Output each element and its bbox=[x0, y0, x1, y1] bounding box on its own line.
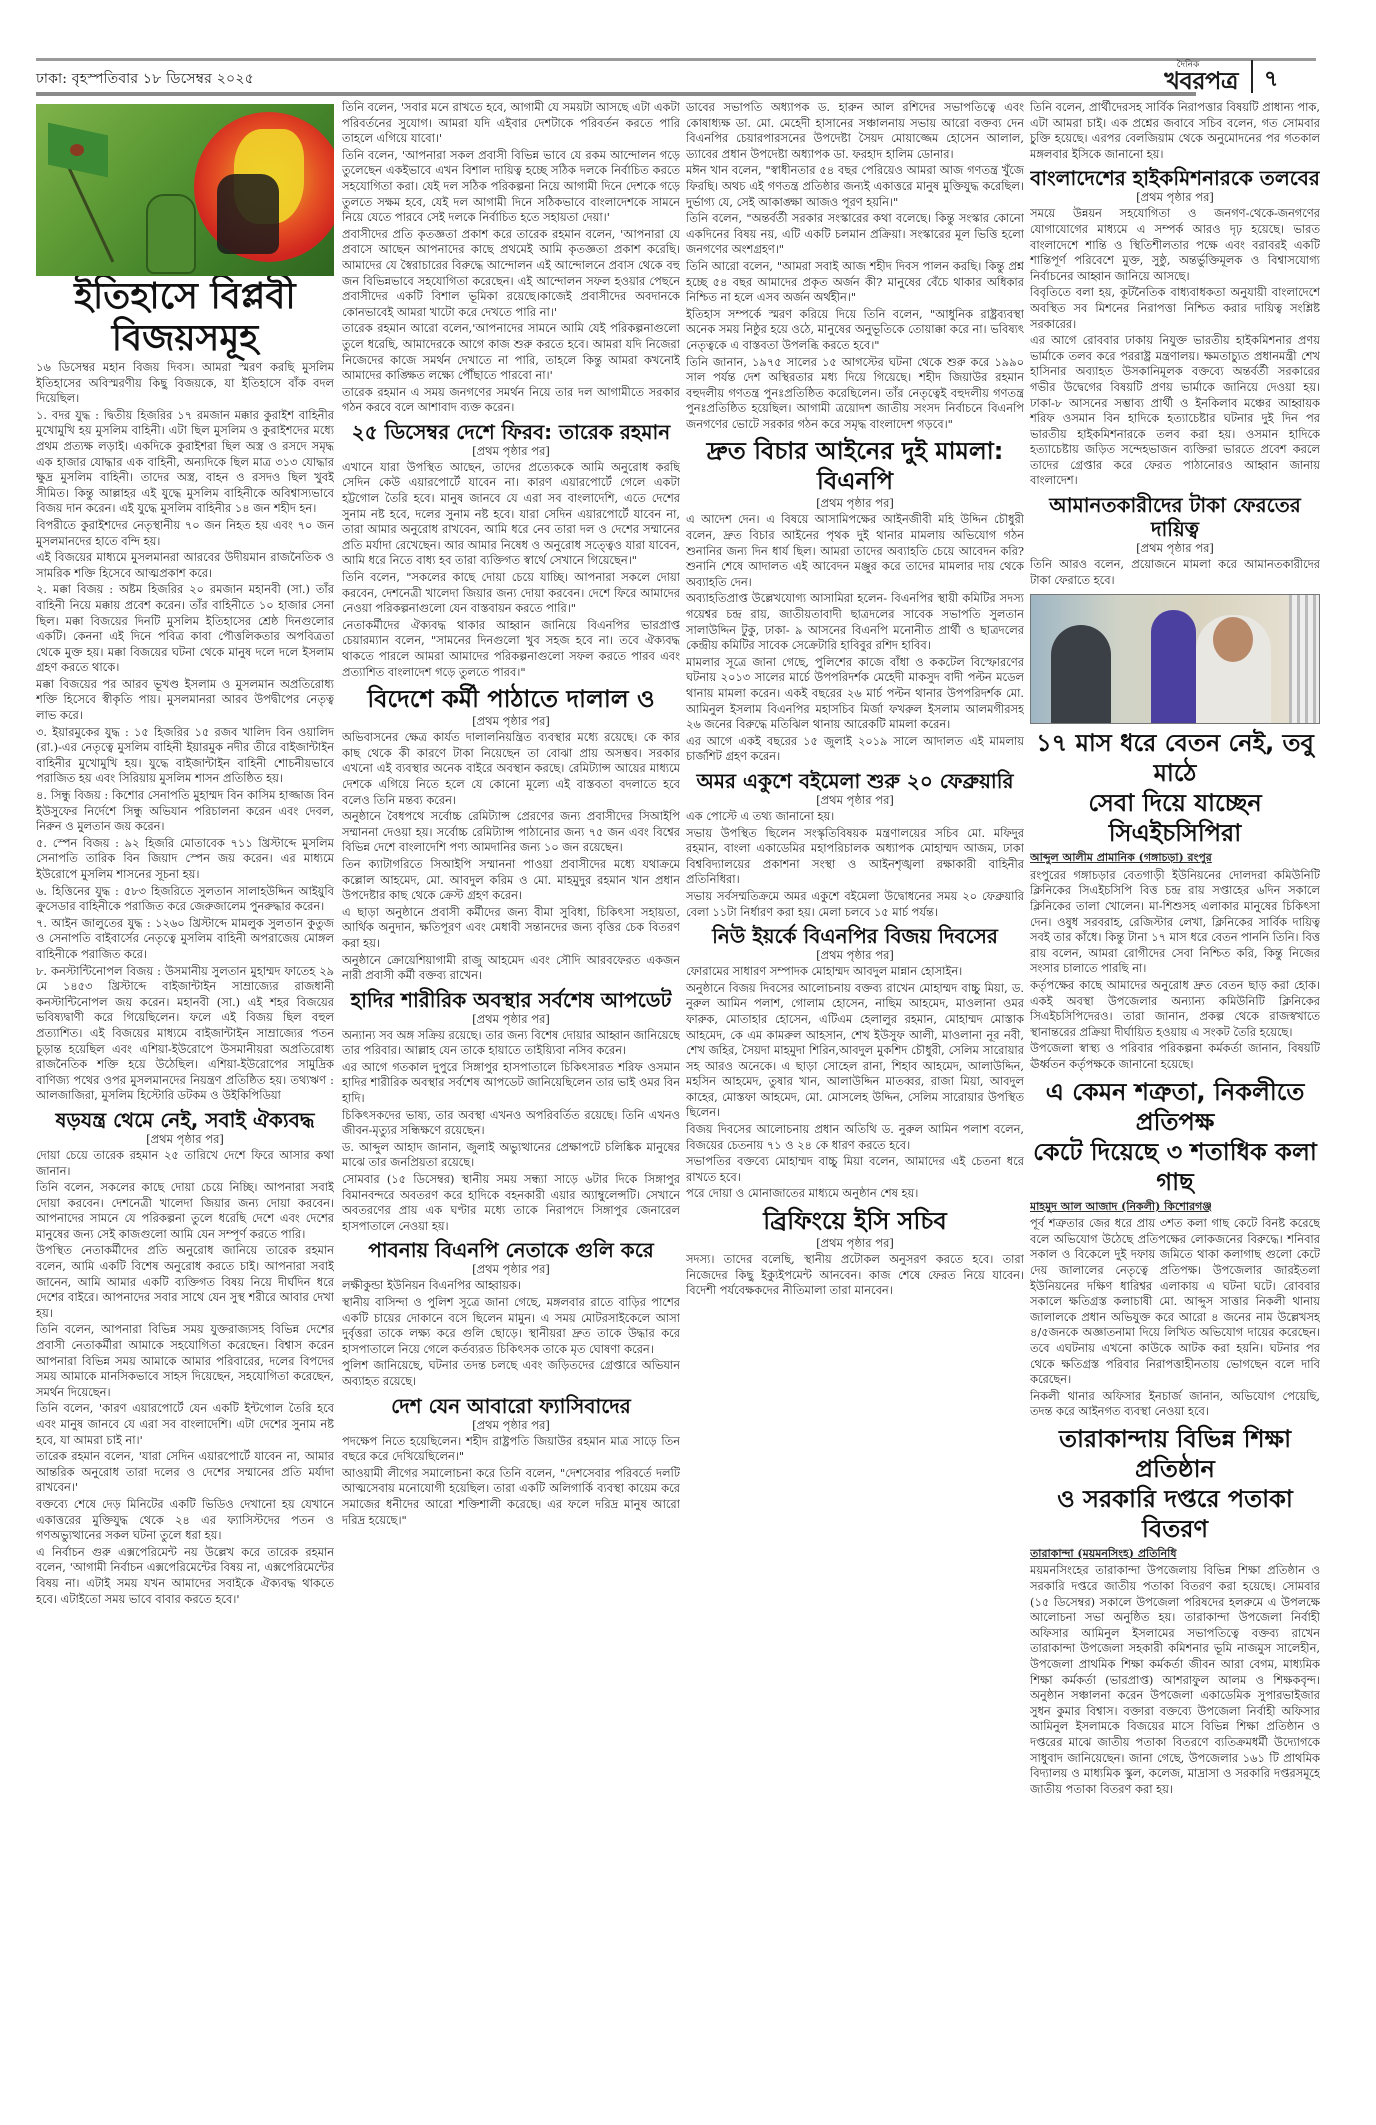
feature-headline-line2: বিজয়সমূহ bbox=[36, 318, 334, 360]
paragraph: ড. আব্দুল আহাদ জানান, জুলাই অভ্যুত্থানের… bbox=[342, 1140, 680, 1171]
column-3: ডাবের সভাপতি অধ্যাপক ড. হারুন আল রশিদের … bbox=[686, 100, 1024, 2060]
paragraph: সভায় উপস্থিত ছিলেন সংস্কৃতিবিষয়ক মন্ত্… bbox=[686, 826, 1024, 888]
headline-banana-trees: এ কেমন শত্রুতা, নিকলীতে প্রতিপক্ষ কেটে দ… bbox=[1030, 1077, 1320, 1197]
paragraph: তিনি জানান, ১৯৭৫ সালের ১৫ আগস্টের ঘটনা থ… bbox=[686, 355, 1024, 433]
newspaper-page: ঢাকা: বৃহস্পতিবার ১৮ ডিসেম্বর ২০২৫ দৈনিক… bbox=[36, 0, 1316, 2060]
paragraph: ১৬ ডিসেম্বর মহান বিজয় দিবস। আমরা স্মরণ … bbox=[36, 360, 334, 407]
headline-line2: কেটে দিয়েছে ৩ শতাধিক কলা গাছ bbox=[1033, 1138, 1317, 1196]
paragraph: সময়ে উন্নয়ন সহযোগিতা ও জনগণ-থেকে-জনগণে… bbox=[1030, 206, 1320, 284]
paragraph: মক্কা বিজয়ের পর আরব ভূখণ্ড ইসলাম ও মুসল… bbox=[36, 677, 334, 724]
paragraph: তিনি বলেন, প্রার্থীদেরসহ সার্বিক নিরাপত্… bbox=[1030, 100, 1320, 162]
headline-line1: তারাকান্দায় বিভিন্ন শিক্ষা প্রতিষ্ঠান bbox=[1059, 1425, 1291, 1483]
headline-conspiracy: ষড়যন্ত্র থেমে নেই, সবাই ঐক্যবদ্ধ bbox=[36, 1108, 334, 1132]
paragraph: সদস্য। তাদের বলেছি, স্থানীয় প্রটোকল অনু… bbox=[686, 1252, 1024, 1299]
headline-pabna-shooting: পাবনায় বিএনপি নেতাকে গুলি করে bbox=[342, 1238, 680, 1262]
article-body: এক পোস্টে এ তথ্য জানানো হয়। সভায় উপস্থ… bbox=[686, 809, 1024, 920]
paragraph: প্রবাসীদের প্রতি কৃতজ্ঞতা প্রকাশ করে তার… bbox=[342, 227, 680, 321]
header-rule bbox=[36, 92, 1196, 96]
byline: তারাকান্দা (ময়মনসিংহ) প্রতিনিধি bbox=[1030, 1546, 1320, 1562]
column-4: তিনি বলেন, প্রার্থীদেরসহ সার্বিক নিরাপত্… bbox=[1030, 100, 1320, 2060]
column-2: তিনি বলেন, 'সবার মনে রাখতে হবে, আগামী যে… bbox=[342, 100, 680, 2060]
continued-label: [প্রথম পৃষ্ঠার পর] bbox=[342, 1418, 680, 1432]
paragraph: বক্তব্যে শেষে দেড় মিনিটের একটি ভিডিও দে… bbox=[36, 1497, 334, 1544]
person-head-shape bbox=[1213, 617, 1253, 662]
paragraph: ২. মক্কা বিজয় : অষ্টম হিজরির ২০ রমজান ম… bbox=[36, 582, 334, 676]
paragraph: বিজয় দিবসের আলোচনায় প্রধান অতিথি ড. নু… bbox=[686, 1122, 1024, 1153]
continued-label: [প্রথম পৃষ্ঠার পর] bbox=[342, 1012, 680, 1026]
headline-line1: এ কেমন শত্রুতা, নিকলীতে প্রতিপক্ষ bbox=[1046, 1078, 1305, 1136]
continued-label: [প্রথম পৃষ্ঠার পর] bbox=[342, 1262, 680, 1276]
continued-label: [প্রথম পৃষ্ঠার পর] bbox=[686, 793, 1024, 807]
continued-label: [প্রথম পৃষ্ঠার পর] bbox=[686, 948, 1024, 962]
paragraph: অভিবাসনের ক্ষেত্র কার্যত দালালনিয়ন্ত্রি… bbox=[342, 730, 680, 808]
masthead-name: খবরপত্র bbox=[1164, 67, 1238, 95]
paragraph: অনুষ্ঠানে বৈধপথে সর্বোচ্চ রেমিট্যান্স প্… bbox=[342, 809, 680, 856]
paragraph: তিনি বলেন, 'সবার মনে রাখতে হবে, আগামী যে… bbox=[342, 100, 680, 147]
headline-hadi-update: হাদির শারীরিক অবস্থার সর্বশেষ আপডেট bbox=[342, 988, 680, 1012]
paragraph: ৩. ইয়ারমুকের যুদ্ধ : ১৫ হিজরির ১৫ রজব খ… bbox=[36, 725, 334, 787]
article-body: রংপুরের গঙ্গাচড়ার বেতগাড়ী ইউনিয়নের দো… bbox=[1030, 868, 1320, 1073]
article-body: এখানে যারা উপস্থিত আছেন, তাদের প্রত্যেকক… bbox=[342, 460, 680, 680]
paragraph: ফোরামের সাধারণ সম্পাদক মোহাম্মদ আবদুল মা… bbox=[686, 964, 1024, 980]
paragraph: মামলার সূত্রে জানা গেছে, পুলিশের কাজে বা… bbox=[686, 655, 1024, 733]
paragraph: ৪. সিন্ধু বিজয় : কিশোর সেনাপতি মুহাম্মদ… bbox=[36, 788, 334, 835]
paragraph: ময়মনসিংহের তারাকান্দা উপজেলায় বিভিন্ন … bbox=[1030, 1563, 1320, 1797]
paragraph: তিনি বলেন, "অন্তর্বর্তী সরকার সংস্কারের … bbox=[686, 211, 1024, 258]
continued-label: [প্রথম পৃষ্ঠার পর] bbox=[1030, 190, 1320, 204]
page-number: ৭ bbox=[1264, 62, 1278, 99]
raised-fist-icon bbox=[217, 174, 279, 254]
headline-return-dec25: ২৫ ডিসেম্বর দেশে ফিরব: তারেক রহমান bbox=[342, 420, 680, 444]
paragraph: এক পোস্টে এ তথ্য জানানো হয়। bbox=[686, 809, 1024, 825]
paragraph: স্থানীয় বাসিন্দা ও পুলিশ সূত্রে জানা গে… bbox=[342, 1295, 680, 1357]
headline-line2: সেবা দিয়ে যাচ্ছেন সিএইচসিপিরা bbox=[1088, 789, 1261, 847]
continued-label: [প্রথম পৃষ্ঠার পর] bbox=[1030, 541, 1320, 555]
window-grille-shape bbox=[1289, 595, 1319, 724]
paragraph: তারেক রহমান আরো বলেন,'আপনাদের সামনে আমি … bbox=[342, 321, 680, 383]
paragraph: উপজেলা স্বাস্থ্য ও পরিবার পরিকল্পনা কর্ম… bbox=[1030, 1041, 1320, 1072]
feature-article-body: ১৬ ডিসেম্বর মহান বিজয় দিবস। আমরা স্মরণ … bbox=[36, 360, 334, 1104]
clinic-photo bbox=[1030, 594, 1320, 724]
article-body: অন্যান্য সব অঙ্গ সক্রিয় রয়েছে। তার জন্… bbox=[342, 1028, 680, 1235]
flag-emblem bbox=[70, 144, 84, 156]
paragraph: ৮. কনস্টান্টিনোপল বিজয় : উসমানীয় সুলতা… bbox=[36, 964, 334, 1104]
paragraph: অনুষ্ঠানে ক্রোয়েশিয়াগামী রাজু আহমেদ এব… bbox=[342, 953, 680, 984]
paragraph: ৬. হিত্তিনের যুদ্ধ : ৫৮৩ হিজরিতে সুলতান … bbox=[36, 884, 334, 915]
feature-headline-line1: ইতিহাসে বিপ্লবী bbox=[36, 276, 334, 318]
headline-speedy-trial: দ্রুত বিচার আইনের দুই মামলা: বিএনপি bbox=[686, 436, 1024, 496]
paragraph: ৭. আইন জালুতের যুদ্ধ : ১২৬০ খ্রিস্টাব্দে… bbox=[36, 916, 334, 963]
paragraph: তিনি বলেন, "সকলের কাছে দোয়া চেয়ে যাচ্ছ… bbox=[342, 570, 680, 617]
paragraph: নিকলী থানার অফিসার ইনচার্জ জানান, অভিযোগ… bbox=[1030, 1389, 1320, 1420]
masthead-logo: দৈনিক খবরপত্র bbox=[1098, 60, 1238, 92]
paragraph: বিপরীতে কুরাইশদের নেতৃস্থানীয় ৭০ জন নিহ… bbox=[36, 518, 334, 549]
paragraph: ডাবের সভাপতি অধ্যাপক ড. হারুন আল রশিদের … bbox=[686, 100, 1024, 162]
article-body: লক্ষীকুন্ডা ইউনিয়ন বিএনপির আহ্বায়ক। স্… bbox=[342, 1278, 680, 1389]
paragraph: তিন ক্যাটাগরিতে সিআইপি সম্মাননা পাওয়া প… bbox=[342, 857, 680, 904]
article-body: তিনি বলেন, 'সবার মনে রাখতে হবে, আগামী যে… bbox=[342, 100, 680, 416]
article-body: ডাবের সভাপতি অধ্যাপক ড. হারুন আল রশিদের … bbox=[686, 100, 1024, 432]
byline: মাহমুদ আল আজাদ (নিকলী) কিশোরগঞ্জ bbox=[1030, 1199, 1320, 1215]
paragraph: পরে দোয়া ও মোনাজাতের মাধ্যমে অনুষ্ঠান শ… bbox=[686, 1186, 1024, 1202]
continued-label: [প্রথম পৃষ্ঠার পর] bbox=[686, 1236, 1024, 1250]
paragraph: তিনি বলেন, 'আপনারা সকল প্রবাসী বিভিন্ন ভ… bbox=[342, 148, 680, 226]
paragraph: এর আগে রোববার ঢাকায় নিযুক্ত ভারতীয় হাই… bbox=[1030, 333, 1320, 489]
article-body: এ আদেশ দেন। এ বিষয়ে আসামিপক্ষের আইনজীবী… bbox=[686, 512, 1024, 765]
paragraph: কর্তৃপক্ষের কাছে আমাদের অনুরোধ দ্রুত বেত… bbox=[1030, 978, 1320, 1040]
paragraph: আওয়ামী লীগের সমালোচনা করে তিনি বলেন, "দ… bbox=[342, 1466, 680, 1528]
paragraph: অনুষ্ঠানে বিজয় দিবসের আলোচনায় বক্তব্য … bbox=[686, 981, 1024, 1121]
headline-migrant-brokers: বিদেশে কর্মী পাঠাতে দালাল ও bbox=[342, 684, 680, 714]
paragraph: এ নির্বাচন গুরু এক্সপেরিমেন্ট নয় উল্লেখ… bbox=[36, 1545, 334, 1607]
paragraph: ৫. স্পেন বিজয় : ৯২ হিজরি মোতাবেক ৭১১ খ্… bbox=[36, 836, 334, 883]
continued-label: [প্রথম পৃষ্ঠার পর] bbox=[342, 444, 680, 458]
paragraph: এর আগে একই বছরের ১৫ জুলাই ২০১৯ সালে আদাল… bbox=[686, 734, 1024, 765]
paragraph: তিনি আরো বলেন, "আমরা সবাই আজ শহীদ দিবস প… bbox=[686, 259, 1024, 306]
article-body: পদক্ষেপ নিতে হয়েছিলেন। শহীদ রাষ্ট্রপতি … bbox=[342, 1434, 680, 1529]
headline-chcp-salary: ১৭ মাস ধরে বেতন নেই, তবু মাঠে সেবা দিয়ে… bbox=[1030, 728, 1320, 848]
headline-depositors-money: আমানতকারীদের টাকা ফেরতের দায়িত্ব bbox=[1030, 493, 1320, 541]
paragraph: নেতাকর্মীদের ঐক্যবদ্ধ থাকার আহ্বান জানিয… bbox=[342, 618, 680, 680]
article-body: দোয়া চেয়ে তারেক রহমান ২৫ তারিখে দেশে ফ… bbox=[36, 1148, 334, 1607]
headline-high-commissioner: বাংলাদেশের হাইকমিশনারকে তলবের bbox=[1030, 166, 1320, 190]
dateline: ঢাকা: বৃহস্পতিবার ১৮ ডিসেম্বর ২০২৫ bbox=[36, 67, 254, 91]
paragraph: তারেক রহমান এ সময় জনগণের সমর্থন নিয়ে ত… bbox=[342, 385, 680, 416]
paragraph: তিনি আরও বলেন, প্রয়োজনে মামলা করে আমানত… bbox=[1030, 557, 1320, 588]
headline-line1: ১৭ মাস ধরে বেতন নেই, তবু মাঠে bbox=[1036, 729, 1314, 787]
paragraph: ১. বদর যুদ্ধ : দ্বিতীয় হিজরির ১৭ রমজান … bbox=[36, 408, 334, 517]
paragraph: সভাপতির বক্তব্যে মোহাম্মদ বাচ্চু মিয়া ব… bbox=[686, 1154, 1024, 1185]
continued-label: [প্রথম পৃষ্ঠার পর] bbox=[36, 1132, 334, 1146]
article-body: সদস্য। তাদের বলেছি, স্থানীয় প্রটোকল অনু… bbox=[686, 1252, 1024, 1299]
headline-ec-secretary: ব্রিফিংয়ে ইসি সচিব bbox=[686, 1206, 1024, 1236]
article-body: তিনি আরও বলেন, প্রয়োজনে মামলা করে আমানত… bbox=[1030, 557, 1320, 588]
paragraph: এখানে যারা উপস্থিত আছেন, তাদের প্রত্যেকক… bbox=[342, 460, 680, 569]
article-body: সময়ে উন্নয়ন সহযোগিতা ও জনগণ-থেকে-জনগণে… bbox=[1030, 206, 1320, 489]
byline: আব্দুল আলীম প্রামানিক (গঙ্গাচড়া) রংপুর bbox=[1030, 850, 1320, 866]
paragraph: বিবৃতিতে বলা হয়, কূটনৈতিক বাধ্যবাধকতা অ… bbox=[1030, 285, 1320, 332]
paragraph: পূর্ব শত্রুতার জের ধরে প্রায় ৩শত কলা গা… bbox=[1030, 1216, 1320, 1388]
feature-headline: ইতিহাসে বিপ্লবী বিজয়সমূহ bbox=[36, 276, 334, 360]
paragraph: পুলিশ জানিয়েছে, ঘটনার তদন্ত চলছে এবং জড… bbox=[342, 1358, 680, 1389]
victory-illustration bbox=[36, 104, 334, 276]
paragraph: লক্ষীকুন্ডা ইউনিয়ন বিএনপির আহ্বায়ক। bbox=[342, 1278, 680, 1294]
paragraph: চিকিৎসকদের ভাষ্য, তার অবস্থা এখনও অপরিবর… bbox=[342, 1108, 680, 1139]
paragraph: এ আদেশ দেন। এ বিষয়ে আসামিপক্ষের আইনজীবী… bbox=[686, 512, 1024, 590]
article-body: তিনি বলেন, প্রার্থীদেরসহ সার্বিক নিরাপত্… bbox=[1030, 100, 1320, 162]
paragraph: পদক্ষেপ নিতে হয়েছিলেন। শহীদ রাষ্ট্রপতি … bbox=[342, 1434, 680, 1465]
headline-line2: ও সরকারি দপ্তরে পতাকা বিতরণ bbox=[1057, 1485, 1293, 1543]
paragraph: অন্যান্য সব অঙ্গ সক্রিয় রয়েছে। তার জন্… bbox=[342, 1028, 680, 1059]
paragraph: সোমবার (১৫ ডিসেম্বর) স্থানীয় সময় সন্ধ্… bbox=[342, 1172, 680, 1234]
masthead-divider bbox=[1251, 60, 1253, 93]
paragraph: উপস্থিত নেতাকর্মীদের প্রতি অনুরোধ জানিয়… bbox=[36, 1243, 334, 1321]
person-shape bbox=[1151, 610, 1196, 724]
paragraph: মঈন খান বলেন, "স্বাধীনতার ৫৪ বছর পেরিয়ে… bbox=[686, 163, 1024, 210]
paragraph: তিনি বলেন, আপনারা বিভিন্ন সময় যুক্তরাজ্… bbox=[36, 1322, 334, 1400]
article-body: অভিবাসনের ক্ষেত্র কার্যত দালালনিয়ন্ত্রি… bbox=[342, 730, 680, 984]
paragraph: অব্যাহতিপ্রাপ্ত উল্লেখযোগ্য আসামিরা হলেন… bbox=[686, 591, 1024, 653]
paragraph: তারেক রহমান বলেন, 'যারা সেদিন এয়ারপোর্ট… bbox=[36, 1449, 334, 1496]
article-body: পূর্ব শত্রুতার জের ধরে প্রায় ৩শত কলা গা… bbox=[1030, 1216, 1320, 1420]
paragraph: রংপুরের গঙ্গাচড়ার বেতগাড়ী ইউনিয়নের দো… bbox=[1030, 868, 1320, 977]
article-body: ময়মনসিংহের তারাকান্দা উপজেলায় বিভিন্ন … bbox=[1030, 1563, 1320, 1797]
paragraph: এই বিজয়ের মাধ্যমে মুসলমানরা আরবের উদীয়… bbox=[36, 550, 334, 581]
paragraph: ইতিহাস সম্পর্কে স্মরণ করিয়ে দিয়ে তিনি … bbox=[686, 307, 1024, 354]
article-body: ফোরামের সাধারণ সম্পাদক মোহাম্মদ আবদুল মা… bbox=[686, 964, 1024, 1202]
paragraph: দোয়া চেয়ে তারেক রহমান ২৫ তারিখে দেশে ফ… bbox=[36, 1148, 334, 1179]
continued-label: [প্রথম পৃষ্ঠার পর] bbox=[342, 714, 680, 728]
paragraph: এ ছাড়া অনুষ্ঠানে প্রবাসী কর্মীদের জন্য … bbox=[342, 905, 680, 952]
paragraph: তিনি বলেন, 'কারণ এয়ারপোর্টে যেন একটি ইন… bbox=[36, 1401, 334, 1448]
headline-newyork-bnp: নিউ ইয়র্কে বিএনপির বিজয় দিবসের bbox=[686, 924, 1024, 948]
column-1: ইতিহাসে বিপ্লবী বিজয়সমূহ ১৬ ডিসেম্বর মহ… bbox=[36, 100, 334, 2060]
headline-flag-distribution: তারাকান্দায় বিভিন্ন শিক্ষা প্রতিষ্ঠান ও… bbox=[1030, 1424, 1320, 1544]
paragraph: তিনি বলেন, সকলের কাছে দোয়া চেয়ে নিচ্ছি… bbox=[36, 1180, 334, 1242]
headline-book-fair: অমর একুশে বইমেলা শুরু ২০ ফেব্রুয়ারি bbox=[686, 769, 1024, 793]
person-shape bbox=[1051, 625, 1111, 724]
headline-fascism: দেশ যেন আবারো ফ্যাসিবাদের bbox=[342, 1394, 680, 1418]
green-fist-icon bbox=[146, 194, 196, 274]
paragraph: এর আগে গতকাল দুপুরে সিঙ্গাপুর হাসপাতালে … bbox=[342, 1060, 680, 1107]
continued-label: [প্রথম পৃষ্ঠার পর] bbox=[686, 496, 1024, 510]
paragraph: সভায় সর্বসম্মতিক্রমে অমর একুশে বইমেলা উ… bbox=[686, 889, 1024, 920]
